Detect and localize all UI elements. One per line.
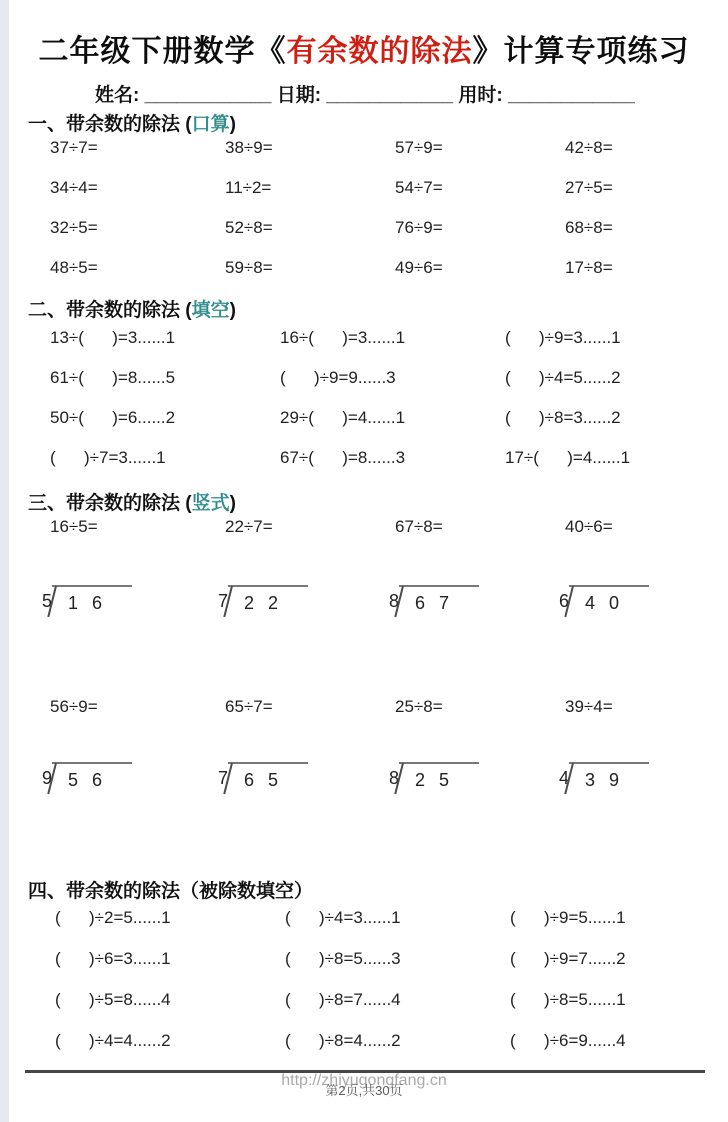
section3-heading: 三、带余数的除法 (竖式): [28, 488, 236, 515]
dividend: 4 0: [569, 585, 649, 616]
problem: ( )÷5=8......4: [55, 990, 285, 1031]
long-division-bracket: 95 6: [42, 762, 218, 818]
dividend: 3 9: [569, 762, 649, 793]
problem: 37÷7=: [50, 138, 225, 178]
problem: ( )÷8=7......4: [285, 990, 510, 1031]
problem: ( )÷6=9......4: [510, 1031, 728, 1072]
long-division-bracket: 72 2: [218, 585, 389, 641]
section2-tag: 填空: [192, 300, 230, 321]
problem: 76÷9=: [395, 218, 565, 258]
long-division-bracket: 86 7: [389, 585, 559, 641]
problem: 29÷( )=4......1: [280, 408, 505, 448]
long-division-bracket: 43 9: [559, 762, 728, 818]
long-division-bracket: 76 5: [218, 762, 389, 818]
problem: 42÷8=: [565, 138, 728, 178]
problem: 22÷7=: [225, 517, 395, 557]
section2-heading: 二、带余数的除法 (填空): [28, 295, 236, 322]
section2-heading-text: 二、带余数的除法 (: [28, 300, 192, 321]
problem: 16÷( )=3......1: [280, 328, 505, 368]
section2-heading-close: ): [230, 300, 236, 321]
problem: 52÷8=: [225, 218, 395, 258]
title-bracket-open: 《: [256, 35, 287, 68]
section3-row2-longdiv: 95 6 76 5 82 5 43 9: [42, 762, 728, 818]
date-blank: ____________: [326, 85, 453, 106]
problem: ( )÷4=3......1: [285, 908, 510, 949]
page-number: 第2页,共30页: [0, 1080, 728, 1099]
section4-heading: 四、带余数的除法（被除数填空）: [28, 876, 313, 903]
dividend: 6 7: [399, 585, 479, 616]
worksheet-page: 二年级下册数学《有余数的除法》计算专项练习 姓名: ____________ 日…: [0, 0, 728, 1122]
time-label: 用时:: [453, 85, 508, 106]
dividend: 2 5: [399, 762, 479, 793]
problem: 11÷2=: [225, 178, 395, 218]
section4-heading-text: 四、带余数的除法（被除数填空）: [28, 881, 313, 902]
section3-row1-problems: 16÷5= 22÷7= 67÷8= 40÷6=: [50, 517, 728, 557]
problem: ( )÷9=7......2: [510, 949, 728, 990]
problem: 40÷6=: [565, 517, 728, 557]
section1-tag: 口算: [192, 114, 230, 135]
problem: 54÷7=: [395, 178, 565, 218]
problem: ( )÷6=3......1: [55, 949, 285, 990]
problem: 50÷( )=6......2: [50, 408, 280, 448]
section1-heading: 一、带余数的除法 (口算): [28, 109, 236, 136]
problem: ( )÷9=3......1: [505, 328, 728, 368]
section1-heading-text: 一、带余数的除法 (: [28, 114, 192, 135]
problem: 67÷( )=8......3: [280, 448, 505, 488]
problem: ( )÷8=4......2: [285, 1031, 510, 1072]
dividend: 5 6: [52, 762, 132, 793]
page-left-margin-strip: [0, 0, 9, 1122]
problem: ( )÷8=5......3: [285, 949, 510, 990]
problem: 17÷8=: [565, 258, 728, 298]
problem: 67÷8=: [395, 517, 565, 557]
section2-problems-grid: 13÷( )=3......1 16÷( )=3......1 ( )÷9=3.…: [50, 328, 728, 488]
problem: ( )÷7=3......1: [50, 448, 280, 488]
section3-heading-close: ): [230, 493, 236, 514]
title-highlight: 有余数的除法: [287, 35, 473, 68]
problem: 13÷( )=3......1: [50, 328, 280, 368]
name-blank: ____________: [145, 85, 272, 106]
name-label: 姓名:: [95, 85, 145, 106]
problem: 61÷( )=8......5: [50, 368, 280, 408]
problem: ( )÷8=3......2: [505, 408, 728, 448]
dividend: 1 6: [52, 585, 132, 616]
section3-row1-longdiv: 51 6 72 2 86 7 64 0: [42, 585, 728, 641]
page-title: 二年级下册数学《有余数的除法》计算专项练习: [0, 26, 728, 70]
title-suffix: 计算专项练习: [504, 35, 690, 68]
problem: 68÷8=: [565, 218, 728, 258]
problem: 25÷8=: [395, 697, 565, 737]
problem: 16÷5=: [50, 517, 225, 557]
title-prefix: 二年级下册数学: [39, 35, 256, 68]
problem: ( )÷4=4......2: [55, 1031, 285, 1072]
problem: 38÷9=: [225, 138, 395, 178]
problem: 34÷4=: [50, 178, 225, 218]
problem: 32÷5=: [50, 218, 225, 258]
section3-row2-problems: 56÷9= 65÷7= 25÷8= 39÷4=: [50, 697, 728, 737]
problem: ( )÷9=5......1: [510, 908, 728, 949]
section3-tag: 竖式: [192, 493, 230, 514]
long-division-bracket: 64 0: [559, 585, 728, 641]
problem: ( )÷9=9......3: [280, 368, 505, 408]
date-label: 日期:: [271, 85, 326, 106]
problem: 57÷9=: [395, 138, 565, 178]
dividend: 6 5: [228, 762, 308, 793]
problem: 49÷6=: [395, 258, 565, 298]
section4-problems-grid: ( )÷2=5......1 ( )÷4=3......1 ( )÷9=5...…: [55, 908, 728, 1072]
problem: ( )÷4=5......2: [505, 368, 728, 408]
section1-problems-grid: 37÷7= 38÷9= 57÷9= 42÷8= 34÷4= 11÷2= 54÷7…: [50, 138, 728, 298]
problem: 48÷5=: [50, 258, 225, 298]
time-blank: ____________: [508, 85, 635, 106]
long-division-bracket: 51 6: [42, 585, 218, 641]
problem: 39÷4=: [565, 697, 728, 737]
problem: 59÷8=: [225, 258, 395, 298]
long-division-bracket: 82 5: [389, 762, 559, 818]
problem: 56÷9=: [50, 697, 225, 737]
problem: 27÷5=: [565, 178, 728, 218]
section3-heading-text: 三、带余数的除法 (: [28, 493, 192, 514]
section1-heading-close: ): [230, 114, 236, 135]
title-bracket-close: 》: [473, 35, 504, 68]
student-info-line: 姓名: ____________ 日期: ____________ 用时: __…: [95, 80, 635, 107]
problem: 65÷7=: [225, 697, 395, 737]
dividend: 2 2: [228, 585, 308, 616]
problem: ( )÷8=5......1: [510, 990, 728, 1031]
problem: 17÷( )=4......1: [505, 448, 728, 488]
problem: ( )÷2=5......1: [55, 908, 285, 949]
